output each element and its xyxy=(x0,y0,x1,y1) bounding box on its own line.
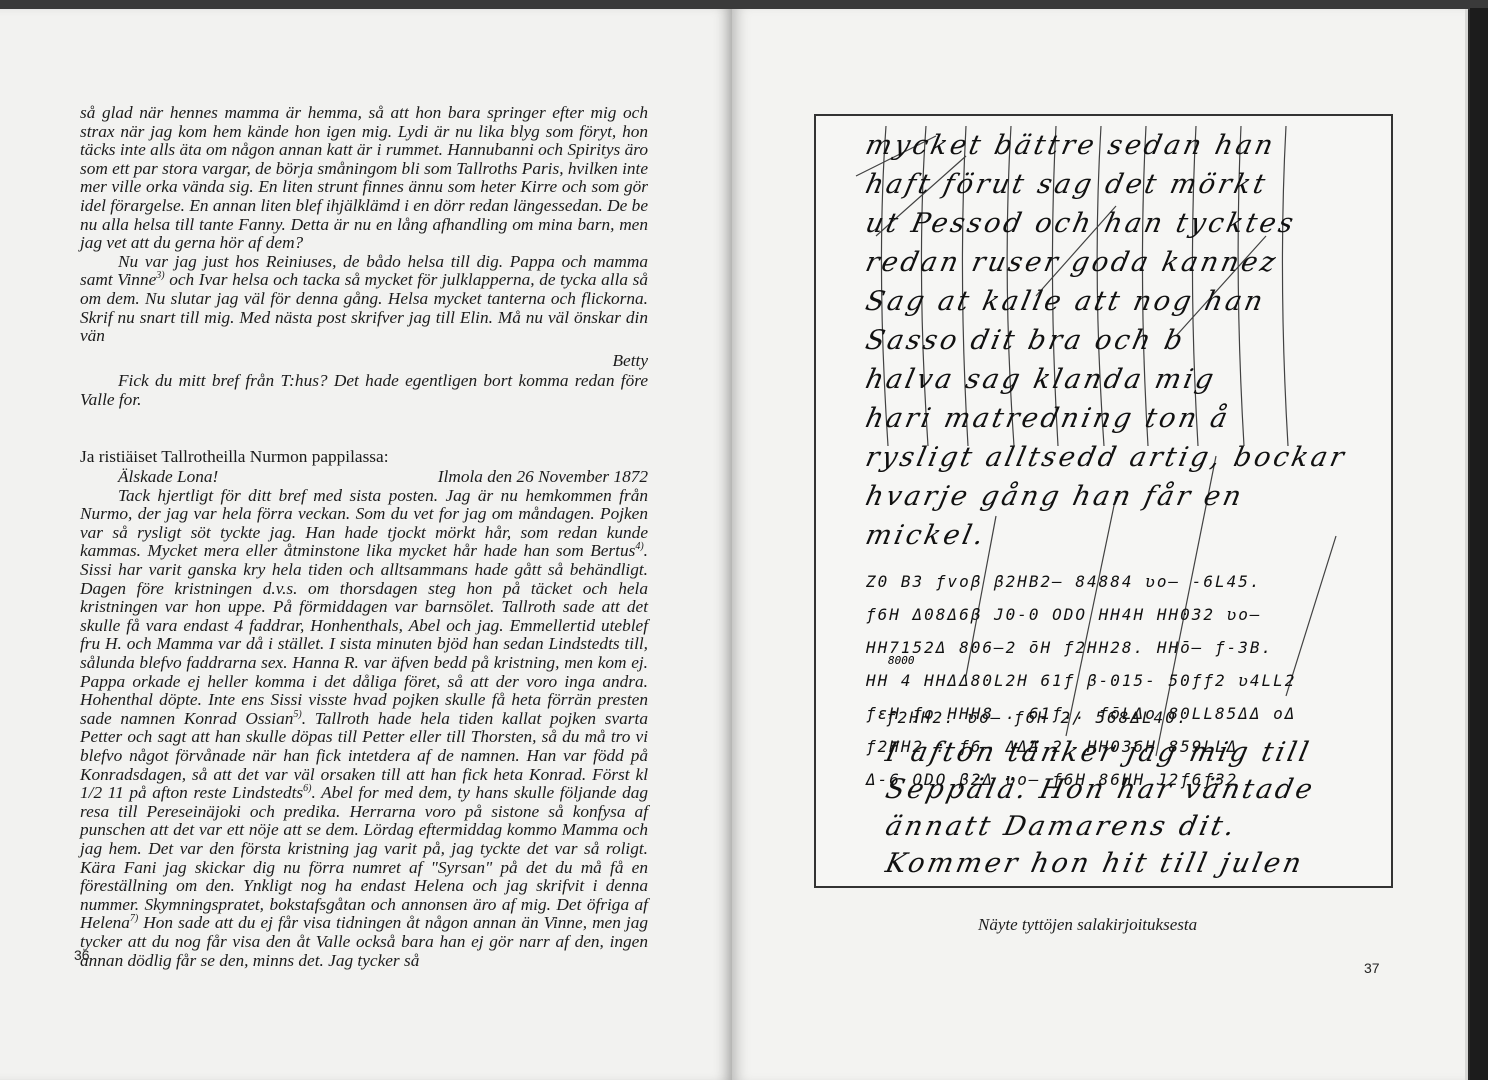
footnote-mark: 5) xyxy=(293,709,301,720)
paragraph-greetings: Nu var jag just hos Reiniuses, de bådo h… xyxy=(80,253,648,346)
place-date: Ilmola den 26 November 1872 xyxy=(438,468,648,487)
left-page: så glad när hennes mamma är hemma, så at… xyxy=(0,9,732,1080)
handwriting-line: Lona? Ej har hon hjerta att xyxy=(882,882,1370,888)
handwriting-line: mickel. xyxy=(862,516,1370,555)
cipher-line: ƒ2HH2. ʋo– ƒ6H 2/ 568ΔL40. xyxy=(886,701,1366,734)
section-heading: Ja ristiäiset Tallrotheilla Nurmon pappi… xyxy=(80,448,648,467)
page-number-left: 36 xyxy=(74,947,90,963)
handwriting-line: redan ruser goda kannez xyxy=(862,243,1370,282)
paragraph-cats: så glad när hennes mamma är hemma, så at… xyxy=(80,104,648,253)
handwriting-line: I afton tänker jag mig till xyxy=(882,734,1370,771)
handwriting-line: hvarje gång han får en xyxy=(862,477,1370,516)
cross-written-letter-figure: mycket bättre sedan han haft förut sag d… xyxy=(814,114,1393,888)
figure-caption: Näyte tyttöjen salakirjoituksesta xyxy=(978,915,1197,935)
handwriting-line: Sasso dit bra och b xyxy=(862,321,1370,360)
postscript: Fick du mitt bref från T:hus? Det hade e… xyxy=(80,372,648,409)
handwriting-line: Kommer hon hit till julen xyxy=(882,845,1370,882)
footnote-mark: 7) xyxy=(130,914,138,925)
signature: Betty xyxy=(80,352,648,371)
handwriting-line: hari matredning ton å xyxy=(862,399,1370,438)
right-page: mycket bättre sedan han haft förut sag d… xyxy=(732,9,1468,1080)
salutation: Älskade Lona! xyxy=(118,468,218,487)
handwriting-line: ännatt Damarens dit. xyxy=(882,808,1370,845)
cipher-line: ƒ6H Δ08Δ6β J0-0 ODO HH4H HH032 ʋo– xyxy=(866,598,1366,631)
handwriting-line: Sag at kalle att nog han xyxy=(862,282,1370,321)
salutation-line: Älskade Lona! Ilmola den 26 November 187… xyxy=(80,468,648,487)
handwriting-line: Seppälä. Hon har väntade xyxy=(882,771,1370,808)
handwriting-line: halva sag klanda mig xyxy=(862,360,1370,399)
scan-right-edge xyxy=(1470,8,1488,1080)
paragraph-christening: Tack hjertligt för ditt bref med sista p… xyxy=(80,487,648,970)
handwriting-line: ut Pessod och han tycktes xyxy=(862,204,1370,243)
cipher-line: Z0 B3 ƒvoβ β2HB2– 84884 ʋo– -6L45. xyxy=(866,565,1366,598)
handwriting-block: mycket bättre sedan han haft förut sag d… xyxy=(866,126,1366,796)
handwriting-line: rysligt alltsedd artig, bockar xyxy=(862,438,1370,477)
footnote-mark: 4) xyxy=(635,542,643,553)
page-number-right: 37 xyxy=(1364,960,1380,976)
cipher-line: HH 4 HHΔΔ80L2H 61ƒ β-015- 50ƒƒ2 ʋ4LL2 xyxy=(866,664,1366,697)
handwriting-line: haft förut sag det mörkt xyxy=(862,165,1370,204)
handwriting-line: mycket bättre sedan han xyxy=(862,126,1370,165)
cipher-line: HH7152Δ 806–2 ōH ƒ2HH28. HHō– ƒ-3B. xyxy=(866,631,1366,664)
letter-text-block: så glad när hennes mamma är hemma, så at… xyxy=(80,104,648,970)
cipher-superscript: 8000 xyxy=(888,654,915,667)
footnote-mark: 3) xyxy=(156,271,164,282)
handwriting-block-lower: ƒ2HH2. ʋo– ƒ6H 2/ 568ΔL40. I afton tänke… xyxy=(886,701,1366,888)
